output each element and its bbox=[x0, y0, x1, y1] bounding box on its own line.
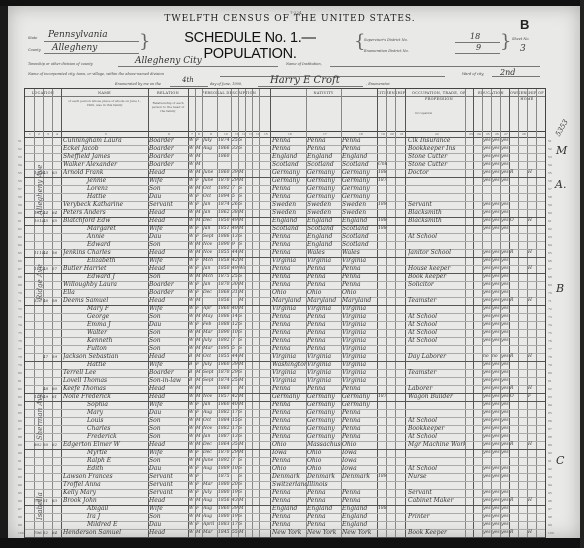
cell-sex: F bbox=[196, 361, 202, 369]
street-label: Sherman Ave bbox=[36, 393, 44, 440]
cell-age: 29 bbox=[232, 177, 238, 185]
cell-house bbox=[34, 345, 43, 353]
cell-occupation: Book Keeper bbox=[408, 529, 465, 537]
cell-house bbox=[34, 329, 43, 337]
cell-read bbox=[483, 241, 492, 249]
cell-own bbox=[510, 225, 518, 233]
cell-mort bbox=[528, 449, 536, 457]
cell-english: yes bbox=[501, 377, 509, 385]
line-number: 73 bbox=[18, 313, 22, 321]
cell-family bbox=[52, 185, 61, 193]
cell-write: yes bbox=[492, 169, 501, 177]
cell-father: Penna bbox=[307, 265, 341, 273]
cell-occupation bbox=[408, 521, 465, 529]
scan-border-right bbox=[580, 0, 584, 548]
cell-write bbox=[492, 457, 501, 465]
cell-birth: Penna bbox=[272, 241, 306, 249]
cell-sex: M bbox=[196, 417, 202, 425]
header-name: NAME of each person whose place of abode… bbox=[61, 89, 149, 131]
cell-color: W bbox=[189, 137, 195, 145]
cell-sex: M bbox=[196, 273, 202, 281]
cell-mother: Germany bbox=[342, 393, 376, 401]
cell-relation: Son-in-law bbox=[149, 377, 188, 385]
cell-color: W bbox=[189, 225, 195, 233]
cell-month: Sept bbox=[203, 369, 217, 377]
cell-house bbox=[34, 233, 43, 241]
cell-english bbox=[501, 241, 509, 249]
cell-write: yes bbox=[492, 153, 501, 161]
cell-age: 43 bbox=[232, 497, 238, 505]
cell-father: Illinois bbox=[307, 481, 341, 489]
cell-birth: Scotland bbox=[272, 225, 306, 233]
cell-month: Aug bbox=[203, 145, 217, 153]
cell-sex: F bbox=[196, 305, 202, 313]
cell-color: B bbox=[189, 361, 195, 369]
line-number-right: 57 bbox=[548, 185, 552, 193]
cell-year: 1889 bbox=[218, 465, 231, 473]
line-number: 62 bbox=[18, 225, 22, 233]
cell-color: W bbox=[189, 337, 195, 345]
brace-right-close: } bbox=[500, 33, 511, 51]
cell-month: Nov bbox=[203, 249, 217, 257]
cell-own: R bbox=[510, 249, 518, 257]
cell-occupation: Stone Cutter bbox=[408, 153, 465, 161]
cell-read: yes bbox=[483, 321, 492, 329]
line-number: 80 bbox=[18, 369, 22, 377]
cell-mort bbox=[528, 273, 536, 281]
cell-birth: Penna bbox=[272, 409, 306, 417]
cell-mort bbox=[528, 257, 536, 265]
cell-relation: Head bbox=[149, 209, 188, 217]
cell-mother: Virginia bbox=[342, 313, 376, 321]
cell-occupation bbox=[408, 257, 465, 265]
cell-mother: Virginia bbox=[342, 321, 376, 329]
cell-marital: M bbox=[239, 225, 245, 233]
cell-color: W bbox=[189, 185, 195, 193]
cell-sex: M bbox=[196, 161, 202, 169]
cell-occupation: Servant bbox=[408, 489, 465, 497]
cell-dwelling: 43 bbox=[43, 169, 52, 177]
cell-relation: Head bbox=[149, 353, 188, 361]
cell-name: Kelly Mary bbox=[63, 489, 148, 497]
line-number: 71 bbox=[18, 297, 22, 305]
cell-occupation bbox=[408, 289, 465, 297]
cell-age: 49 bbox=[232, 217, 238, 225]
cell-mother: England bbox=[342, 521, 376, 529]
cell-immig: Unknown bbox=[378, 161, 387, 169]
cell-mother: Wales bbox=[342, 249, 376, 257]
line-number: 95 bbox=[18, 489, 22, 497]
cell-family bbox=[52, 145, 61, 153]
cell-english bbox=[501, 193, 509, 201]
cell-marital: S bbox=[239, 409, 245, 417]
cell-english: yes bbox=[501, 265, 509, 273]
cell-occupation: Servant bbox=[408, 201, 465, 209]
cell-mother: Penna bbox=[342, 385, 376, 393]
cell-family: 63 bbox=[52, 169, 61, 177]
cell-sex: F bbox=[196, 265, 202, 273]
cell-mother: Penna bbox=[342, 273, 376, 281]
cell-house bbox=[34, 305, 43, 313]
cell-family bbox=[52, 377, 61, 385]
cell-house bbox=[34, 353, 43, 361]
cell-relation: Boarder bbox=[149, 137, 188, 145]
cell-immig bbox=[378, 441, 387, 449]
cell-immig bbox=[378, 513, 387, 521]
cell-mort bbox=[528, 361, 536, 369]
cell-immig bbox=[378, 489, 387, 497]
county-value: Allegheny bbox=[52, 43, 97, 53]
cell-read: yes bbox=[483, 137, 492, 145]
cell-write: yes bbox=[492, 465, 501, 473]
cell-mort bbox=[528, 145, 536, 153]
cell-mort bbox=[528, 457, 536, 465]
cell-occupation: Cabinet Maker bbox=[408, 497, 465, 505]
cell-year: 1892 bbox=[218, 457, 231, 465]
line-number: 97 bbox=[18, 505, 22, 513]
cell-own bbox=[510, 145, 518, 153]
line-number: 94 bbox=[18, 481, 22, 489]
cell-occupation: Solicitor bbox=[408, 281, 465, 289]
margin-note-c: C bbox=[556, 454, 564, 467]
township-label: Township or other division of county bbox=[28, 62, 93, 66]
cell-english: yes bbox=[501, 425, 509, 433]
cell-own bbox=[510, 433, 518, 441]
cell-mort bbox=[528, 345, 536, 353]
cell-birth: Penna bbox=[272, 281, 306, 289]
cell-mort: H bbox=[528, 353, 536, 361]
cell-relation: Boarder bbox=[149, 145, 188, 153]
cell-family bbox=[52, 337, 61, 345]
cell-family bbox=[52, 345, 61, 353]
cell-color: W bbox=[189, 209, 195, 217]
cell-sex: F bbox=[196, 473, 202, 481]
cell-year: 1895 bbox=[218, 345, 231, 353]
cell-read: yes bbox=[483, 145, 492, 153]
cell-relation: Son bbox=[149, 433, 188, 441]
cell-immig bbox=[378, 353, 387, 361]
line-number: 63 bbox=[18, 233, 22, 241]
cell-birth: Virginia bbox=[272, 305, 306, 313]
cell-name: Sheffield James bbox=[63, 153, 148, 161]
cell-dwelling bbox=[43, 145, 52, 153]
cell-name: Jenkins Charles bbox=[63, 249, 148, 257]
cell-family bbox=[52, 513, 61, 521]
cell-marital: S bbox=[239, 329, 245, 337]
cell-occupation: At School bbox=[408, 329, 465, 337]
cell-birth: Switzerland bbox=[272, 481, 306, 489]
cell-sex: M bbox=[196, 433, 202, 441]
cell-house: 1111 bbox=[34, 249, 43, 257]
cell-father: Penna bbox=[307, 489, 341, 497]
cell-dwelling: 52 bbox=[43, 529, 52, 537]
cell-house bbox=[34, 337, 43, 345]
cell-mother: Penna bbox=[342, 433, 376, 441]
cell-name: Verybeck Katharine bbox=[63, 201, 148, 209]
cell-family: 61 bbox=[52, 393, 61, 401]
cell-age bbox=[232, 385, 238, 393]
cell-write: yes bbox=[492, 497, 501, 505]
cell-sex: F bbox=[196, 489, 202, 497]
cell-english: yes bbox=[501, 153, 509, 161]
cell-read: yes bbox=[483, 449, 492, 457]
line-number-right: 87 bbox=[548, 425, 552, 433]
cell-immig bbox=[378, 417, 387, 425]
cell-month: Nov bbox=[203, 241, 217, 249]
cell-immig bbox=[378, 401, 387, 409]
cell-write: yes bbox=[492, 409, 501, 417]
cell-age: 7 bbox=[232, 185, 238, 193]
cell-sex: M bbox=[196, 497, 202, 505]
cell-father: Virginia bbox=[307, 369, 341, 377]
cell-color: W bbox=[189, 313, 195, 321]
header-occupation: OCCUPATION, TRADE, OR PROFESSION Occupat… bbox=[405, 89, 474, 131]
cell-age bbox=[232, 153, 238, 161]
cell-year: 1868 bbox=[218, 289, 231, 297]
cell-color: W bbox=[189, 433, 195, 441]
cell-dwelling bbox=[43, 473, 52, 481]
cell-read: yes bbox=[483, 265, 492, 273]
cell-immig bbox=[378, 481, 387, 489]
cell-sex: F bbox=[196, 225, 202, 233]
cell-mort bbox=[528, 185, 536, 193]
cell-write: yes bbox=[492, 305, 501, 313]
line-number-right: 88 bbox=[548, 433, 552, 441]
cell-color: W bbox=[189, 305, 195, 313]
cell-father: Penna bbox=[307, 337, 341, 345]
cell-read: yes bbox=[483, 201, 492, 209]
line-number-right: 97 bbox=[548, 505, 552, 513]
cell-age: 10 bbox=[232, 465, 238, 473]
cell-month: Aug bbox=[203, 513, 217, 521]
cell-family bbox=[52, 449, 61, 457]
cell-month: Aug bbox=[203, 409, 217, 417]
cell-occupation: At School bbox=[408, 233, 465, 241]
cell-month: Mar bbox=[203, 481, 217, 489]
cell-age: 30 bbox=[232, 281, 238, 289]
cell-house bbox=[34, 145, 43, 153]
cell-sex: M bbox=[196, 385, 202, 393]
cell-year: 1855 bbox=[218, 353, 231, 361]
cell-year: 1890 bbox=[218, 329, 231, 337]
cell-age: 19 bbox=[232, 489, 238, 497]
line-number: 67 bbox=[18, 265, 22, 273]
header-citizenship: CITIZENSHIP bbox=[377, 89, 406, 131]
cell-read: yes bbox=[483, 209, 492, 217]
cell-immig bbox=[378, 265, 387, 273]
cell-own bbox=[510, 153, 518, 161]
cell-immig bbox=[378, 313, 387, 321]
line-number-right: 81 bbox=[548, 377, 552, 385]
cell-relation: Servant bbox=[149, 201, 188, 209]
cell-write: yes bbox=[492, 489, 501, 497]
cell-english: yes bbox=[501, 281, 509, 289]
cell-english: yes bbox=[501, 417, 509, 425]
cell-write: yes bbox=[492, 289, 501, 297]
enumeration-district-label: Enumeration District No. bbox=[364, 49, 409, 53]
cell-write: yes bbox=[492, 529, 501, 537]
cell-month: Aug bbox=[203, 505, 217, 513]
cell-month: Nov bbox=[203, 425, 217, 433]
cell-write: yes bbox=[492, 249, 501, 257]
cell-dwelling bbox=[43, 505, 52, 513]
cell-dwelling bbox=[43, 257, 52, 265]
cell-mort bbox=[528, 489, 536, 497]
cell-write: yes bbox=[492, 177, 501, 185]
cell-english: yes bbox=[501, 513, 509, 521]
cell-father: Ohio bbox=[307, 465, 341, 473]
cell-month: Apr bbox=[203, 305, 217, 313]
cell-sex: M bbox=[196, 153, 202, 161]
cell-occupation: Bookkeeper Ins bbox=[408, 145, 465, 153]
cell-color: W bbox=[189, 249, 195, 257]
cell-read: yes bbox=[483, 169, 492, 177]
cell-marital: S bbox=[239, 321, 245, 329]
cell-color: W bbox=[189, 257, 195, 265]
cell-color: W bbox=[189, 457, 195, 465]
cell-mort bbox=[528, 425, 536, 433]
cell-immig bbox=[378, 497, 387, 505]
cell-relation: Son bbox=[149, 457, 188, 465]
cell-english: yes bbox=[501, 385, 509, 393]
cell-own bbox=[510, 457, 518, 465]
cell-mother: Virginia bbox=[342, 257, 376, 265]
cell-birth: Penna bbox=[272, 457, 306, 465]
cell-month: Mch bbox=[203, 273, 217, 281]
cell-immig bbox=[378, 425, 387, 433]
cell-father: Ohio bbox=[307, 449, 341, 457]
cell-color: B bbox=[189, 353, 195, 361]
line-number-right: 100 bbox=[548, 529, 554, 537]
cell-relation: Boarder bbox=[149, 369, 188, 377]
cell-mort bbox=[528, 193, 536, 201]
line-number-right: 68 bbox=[548, 273, 552, 281]
street-label: Isabella bbox=[36, 492, 44, 520]
cell-age: 39 bbox=[232, 169, 238, 177]
cell-english bbox=[501, 233, 509, 241]
line-number: 68 bbox=[18, 273, 22, 281]
cell-name: Ella bbox=[63, 289, 148, 297]
cell-birth: Penna bbox=[272, 249, 306, 257]
cell-english: yes bbox=[501, 249, 509, 257]
cell-dwelling: 45 bbox=[43, 265, 52, 273]
cell-age: 40 bbox=[232, 401, 238, 409]
cell-dwelling bbox=[43, 361, 52, 369]
cell-age: 17 bbox=[232, 521, 238, 529]
cell-month: Jan bbox=[203, 401, 217, 409]
cell-father: Virginia bbox=[307, 377, 341, 385]
cell-family: 59 bbox=[52, 353, 61, 361]
cell-own bbox=[510, 313, 518, 321]
cell-dwelling bbox=[43, 137, 52, 145]
cell-marital: S bbox=[239, 185, 245, 193]
cell-father: Penna bbox=[307, 137, 341, 145]
line-number-right: 83 bbox=[548, 393, 552, 401]
cell-english: yes bbox=[501, 321, 509, 329]
cell-english bbox=[501, 185, 509, 193]
cell-marital: S bbox=[239, 137, 245, 145]
cell-mother: Penna bbox=[342, 417, 376, 425]
cell-family bbox=[52, 281, 61, 289]
cell-read bbox=[483, 193, 492, 201]
cell-relation: Son bbox=[149, 185, 188, 193]
cell-age: 39 bbox=[232, 505, 238, 513]
cell-read: yes bbox=[483, 521, 492, 529]
cell-english: yes bbox=[501, 433, 509, 441]
margin-note-m: M bbox=[556, 144, 567, 157]
cell-month bbox=[203, 297, 217, 305]
cell-color: W bbox=[189, 465, 195, 473]
cell-own bbox=[510, 233, 518, 241]
cell-english: yes bbox=[501, 393, 509, 401]
cell-father: Penna bbox=[307, 521, 341, 529]
cell-occupation bbox=[408, 377, 465, 385]
cell-month: May bbox=[203, 313, 217, 321]
cell-age: 15 bbox=[232, 417, 238, 425]
cell-english: yes bbox=[501, 313, 509, 321]
cell-occupation bbox=[408, 193, 465, 201]
cell-father: Germany bbox=[307, 169, 341, 177]
cell-father: England bbox=[307, 505, 341, 513]
cell-mort bbox=[528, 465, 536, 473]
cell-own bbox=[510, 489, 518, 497]
cell-english: yes bbox=[501, 201, 509, 209]
cell-year bbox=[218, 161, 231, 169]
cell-sex: F bbox=[196, 465, 202, 473]
cell-year: 1858 bbox=[218, 257, 231, 265]
cell-color: W bbox=[189, 521, 195, 529]
cell-dwelling bbox=[43, 153, 52, 161]
cell-birth: Germany bbox=[272, 169, 306, 177]
cell-mother: Iowa bbox=[342, 457, 376, 465]
cell-relation: Servant bbox=[149, 489, 188, 497]
line-number-right: 99 bbox=[548, 521, 552, 529]
cell-name: Peters Anders bbox=[63, 209, 148, 217]
cell-occupation: Bookkeeper bbox=[408, 425, 465, 433]
cell-write: yes bbox=[492, 225, 501, 233]
cell-father: Penna bbox=[307, 313, 341, 321]
cell-marital bbox=[239, 161, 245, 169]
line-number: 70 bbox=[18, 289, 22, 297]
cell-month: Oct bbox=[203, 353, 217, 361]
cell-english: yes bbox=[501, 329, 509, 337]
cell-occupation bbox=[408, 409, 465, 417]
cell-mother: Virginia bbox=[342, 369, 376, 377]
cell-own bbox=[510, 329, 518, 337]
cell-marital: M bbox=[239, 353, 245, 361]
table-row: 1001007065264Henderson SamuelHeadWMMar18… bbox=[25, 529, 545, 538]
cell-year: 1880 bbox=[218, 513, 231, 521]
line-number-right: 96 bbox=[548, 497, 552, 505]
cell-father: Sweden bbox=[307, 201, 341, 209]
cell-sex: F bbox=[196, 481, 202, 489]
cell-family bbox=[52, 201, 61, 209]
cell-dwelling bbox=[43, 193, 52, 201]
cell-english: yes bbox=[501, 409, 509, 417]
cell-house bbox=[34, 449, 43, 457]
cell-relation: Servant bbox=[149, 473, 188, 481]
cell-read: yes bbox=[483, 289, 492, 297]
cell-marital: M bbox=[239, 217, 245, 225]
sheet-no-value: 3 bbox=[520, 44, 526, 54]
cell-father: Wales bbox=[307, 249, 341, 257]
cell-month: July bbox=[203, 489, 217, 497]
cell-dwelling: 51 bbox=[43, 497, 52, 505]
cell-mort bbox=[528, 321, 536, 329]
cell-immig bbox=[378, 529, 387, 537]
cell-father: Penna bbox=[307, 345, 341, 353]
cell-mort bbox=[528, 505, 536, 513]
